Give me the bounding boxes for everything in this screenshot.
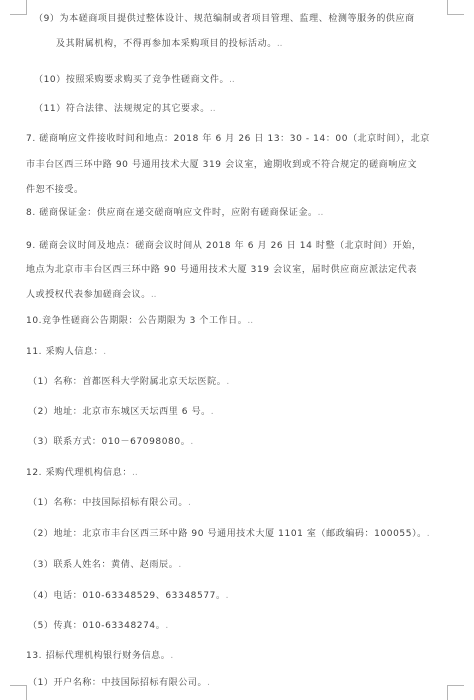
paragraph-s10: 10.竞争性磋商公告期限：公告期限为 3 个工作日。..: [26, 315, 253, 327]
paragraph-mark-icon: .: [178, 560, 181, 570]
paragraph-mark-icon: .: [165, 621, 168, 631]
page-corner-mark-top-right: [447, 0, 464, 15]
paragraph-text: （2）地址：北京市丰台区西三环中路 90 号通用技术大厦 1101 室（邮政编码…: [28, 529, 427, 539]
paragraph-mark-icon: .: [226, 377, 229, 387]
paragraph-text: 13. 招标代理机构银行财务信息。: [26, 651, 170, 661]
paragraph-mark-icon: .: [226, 591, 229, 601]
paragraph-text: 10.竞争性磋商公告期限：公告期限为 3 个工作日。: [26, 316, 247, 326]
paragraph-text: （3）联系方式：010－67098080。: [28, 437, 190, 447]
paragraph-mark-icon: ..: [132, 468, 138, 478]
paragraph-text: 及其附属机构，不得再参加本采购项目的投标活动。: [56, 39, 277, 49]
paragraph-text: （4）电话：010-63348529、63348577。: [28, 591, 226, 601]
paragraph-s12-4: （4）电话：010-63348529、63348577。.: [28, 590, 228, 602]
paragraph-text: （11）符合法律、法规规定的其它要求。: [34, 104, 210, 114]
paragraph-text: （10）按照采购要求购买了竞争性磋商文件。: [34, 75, 229, 85]
paragraph-s13: 13. 招标代理机构银行财务信息。.: [26, 650, 173, 662]
paragraph-s9-line3: 人或授权代表参加磋商会议。..: [26, 289, 157, 301]
paragraph-mark-icon: ..: [151, 290, 157, 300]
paragraph-text: 12. 采购代理机构信息：: [26, 468, 132, 478]
paragraph-mark-icon: ..: [318, 208, 324, 218]
paragraph-s13-1: （1）开户名称：中技国际招标有限公司。.: [28, 677, 210, 689]
paragraph-p10: （10）按照采购要求购买了竞争性磋商文件。..: [34, 74, 235, 86]
paragraph-s11: 11. 采购人信息：.: [26, 346, 106, 358]
paragraph-s12-2: （2）地址：北京市丰台区西三环中路 90 号通用技术大厦 1101 室（邮政编码…: [28, 528, 430, 540]
paragraph-s11-2: （2）地址：北京市东城区天坛西里 6 号。.: [28, 406, 214, 418]
page-corner-mark-bottom-left: [10, 685, 27, 700]
paragraph-p11: （11）符合法律、法规规定的其它要求。..: [34, 103, 216, 115]
paragraph-text: （1）名称：中技国际招标有限公司。: [28, 498, 188, 508]
paragraph-text: （1）开户名称：中技国际招标有限公司。: [28, 678, 207, 688]
paragraph-s11-1: （1）名称：首都医科大学附属北京天坛医院。.: [28, 376, 229, 388]
page-corner-mark-bottom-right: [447, 685, 464, 700]
paragraph-mark-icon: .: [190, 437, 193, 447]
paragraph-s7-line3: 件恕不接受。: [26, 184, 84, 196]
paragraph-s12-1: （1）名称：中技国际招标有限公司。.: [28, 497, 191, 509]
paragraph-mark-icon: ..: [210, 104, 216, 114]
paragraph-text: （9）为本磋商项目提供过整体设计、规范编制或者项目管理、监理、检测等服务的供应商: [34, 14, 415, 24]
paragraph-text: 市丰台区西三环中路 90 号通用技术大厦 319 会议室，逾期收到或不符合规定的…: [26, 160, 417, 170]
paragraph-text: 人或授权代表参加磋商会议。: [26, 290, 151, 300]
paragraph-s12-5: （5）传真：010-63348274。.: [28, 620, 168, 632]
paragraph-s8: 8. 磋商保证金：供应商在递交磋商响应文件时，应附有磋商保证金。..: [26, 207, 323, 219]
paragraph-mark-icon: .: [211, 407, 214, 417]
paragraph-mark-icon: .: [103, 347, 106, 357]
paragraph-text: （3）联系人姓名：黄倩、赵雨辰。: [28, 560, 178, 570]
paragraph-mark-icon: .: [207, 678, 210, 688]
paragraph-p9-line2: 及其附属机构，不得再参加本采购项目的投标活动。..: [56, 38, 283, 50]
paragraph-text: （2）地址：北京市东城区天坛西里 6 号。: [28, 407, 211, 417]
paragraph-s11-3: （3）联系方式：010－67098080。.: [28, 436, 193, 448]
paragraph-text: 11. 采购人信息：: [26, 347, 103, 357]
paragraph-text: （1）名称：首都医科大学附属北京天坛医院。: [28, 377, 226, 387]
paragraph-s12-3: （3）联系人姓名：黄倩、赵雨辰。.: [28, 559, 181, 571]
paragraph-p9-line1: （9）为本磋商项目提供过整体设计、规范编制或者项目管理、监理、检测等服务的供应商: [34, 13, 415, 25]
paragraph-s7-line2: 市丰台区西三环中路 90 号通用技术大厦 319 会议室，逾期收到或不符合规定的…: [26, 159, 417, 171]
paragraph-mark-icon: ..: [247, 316, 253, 326]
paragraph-s9-line2: 地点为北京市丰台区西三环中路 90 号通用技术大厦 319 会议室，届时供应商应…: [26, 264, 417, 276]
paragraph-text: 9. 磋商会议时间及地点：磋商会议时间从 2018 年 6 月 26 日 14 …: [26, 241, 421, 251]
paragraph-mark-icon: .: [188, 498, 191, 508]
paragraph-s12: 12. 采购代理机构信息：..: [26, 467, 138, 479]
page-corner-mark-top-left: [10, 0, 27, 15]
paragraph-text: 7. 磋商响应文件接收时间和地点：2018 年 6 月 26 日 13：30 -…: [26, 134, 430, 144]
paragraph-text: 地点为北京市丰台区西三环中路 90 号通用技术大厦 319 会议室，届时供应商应…: [26, 265, 417, 275]
paragraph-text: （5）传真：010-63348274。: [28, 621, 165, 631]
paragraph-mark-icon: ..: [277, 39, 283, 49]
paragraph-mark-icon: ..: [229, 75, 235, 85]
paragraph-s7-line1: 7. 磋商响应文件接收时间和地点：2018 年 6 月 26 日 13：30 -…: [26, 133, 430, 145]
paragraph-mark-icon: .: [427, 529, 430, 539]
paragraph-text: 8. 磋商保证金：供应商在递交磋商响应文件时，应附有磋商保证金。: [26, 208, 318, 218]
paragraph-text: 件恕不接受。: [26, 185, 84, 195]
paragraph-mark-icon: .: [170, 651, 173, 661]
paragraph-s9-line1: 9. 磋商会议时间及地点：磋商会议时间从 2018 年 6 月 26 日 14 …: [26, 240, 421, 252]
